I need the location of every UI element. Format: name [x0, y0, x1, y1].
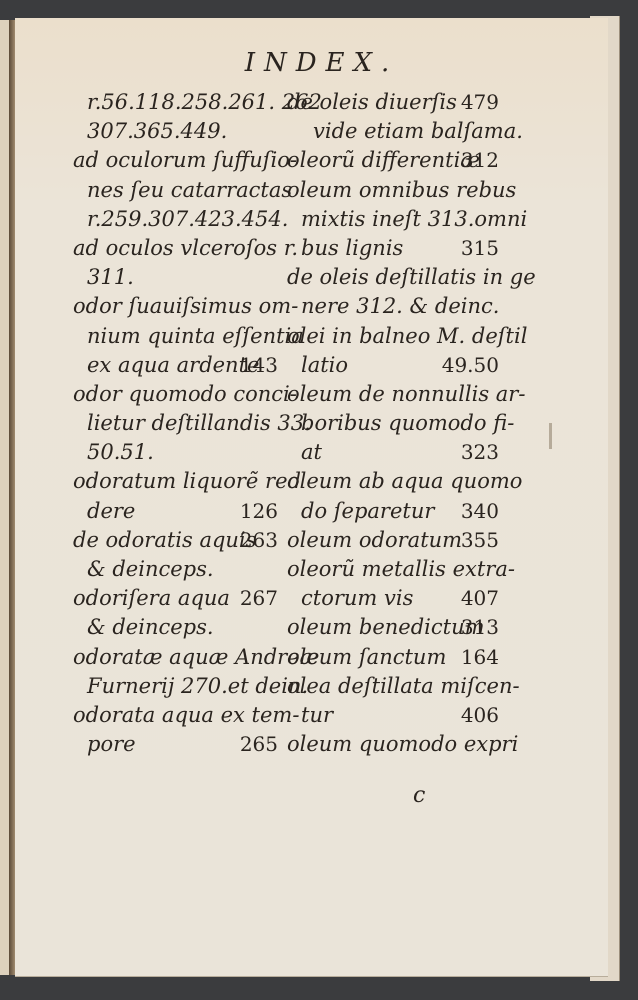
entry-text: 311.: [87, 263, 134, 292]
entry-text: ctorum vis: [301, 584, 413, 613]
index-entry: do ſeparetur340: [287, 497, 499, 526]
entry-text: oleum de nonnullis ar-: [287, 380, 525, 409]
index-entry: odor quomodo conci-: [73, 380, 278, 409]
entry-page-number: 164: [461, 643, 499, 672]
entry-text: oleum odoratum: [287, 526, 462, 555]
entry-text: 50.51.: [87, 438, 154, 467]
book-page: INDEX. r.56.118.258.261. 262307.365.449.…: [15, 18, 608, 977]
index-entry: oleorũ differentiæ312: [287, 146, 499, 175]
entry-page-number: 126: [240, 497, 278, 526]
entry-page-number: 267: [240, 584, 278, 613]
index-entry: ctorum vis407: [287, 584, 499, 613]
entry-text: lietur deſtillandis 33.: [87, 409, 311, 438]
entry-page-number: 263: [240, 526, 278, 555]
index-entry: bus lignis315: [287, 234, 499, 263]
entry-page-number: 407: [461, 584, 499, 613]
entry-text: ad oculorum ſuffuſio-: [73, 146, 297, 175]
index-entry: odoratæ aquæ Andreæ: [73, 643, 278, 672]
index-entry: r.259.307.423.454.: [73, 205, 278, 234]
index-entry: tur406: [287, 701, 499, 730]
entry-page-number: 315: [461, 234, 499, 263]
entry-page-number: 313: [461, 613, 499, 642]
index-entry: oleum omnibus rebus: [287, 176, 499, 205]
index-entry: ex aqua ardente143: [73, 351, 278, 380]
index-entry: oleorũ metallis extra-: [287, 555, 499, 584]
book-binding: [9, 20, 15, 975]
index-entry: nes ſeu catarractas: [73, 176, 278, 205]
index-entry: ad oculos vlceroſos r.: [73, 234, 278, 263]
index-entry: dere126: [73, 497, 278, 526]
entry-text: vide etiam balſama.: [313, 117, 523, 146]
entry-text: & deinceps.: [87, 613, 214, 642]
index-column-left: r.56.118.258.261. 262307.365.449.ad ocul…: [73, 88, 278, 759]
index-entry: oleum benedictum313: [287, 613, 499, 642]
index-entry: odor ſuauiſsimus om-: [73, 292, 278, 321]
entry-text: Furnerij 270.et dein.: [87, 672, 308, 701]
index-entry: mixtis ineſt 313.omni: [287, 205, 499, 234]
index-entry: oleum ab aqua quomo: [287, 467, 499, 496]
index-entry: odoratum liquorẽ red: [73, 467, 278, 496]
entry-text: 307.365.449.: [87, 117, 227, 146]
entry-text: de oleis deſtillatis in ge: [287, 263, 536, 292]
index-entry: 311.: [73, 263, 278, 292]
index-entry: r.56.118.258.261. 262: [73, 88, 278, 117]
entry-text: odorata aqua ex tem-: [73, 701, 299, 730]
entry-text: do ſeparetur: [301, 497, 434, 526]
entry-text: ad oculos vlceroſos r.: [73, 234, 298, 263]
entry-page-number: 143: [240, 351, 278, 380]
entry-page-number: 340: [461, 497, 499, 526]
entry-page-number: 479: [461, 88, 499, 117]
index-entry: odorata aqua ex tem-: [73, 701, 278, 730]
index-entry: oleum odoratum355: [287, 526, 499, 555]
entry-text: & deinceps.: [87, 555, 214, 584]
entry-text: latio: [301, 351, 348, 380]
entry-text: olea deſtillata miſcen-: [287, 672, 520, 701]
index-entry: & deinceps.: [73, 555, 278, 584]
index-entry: at323: [287, 438, 499, 467]
index-entry: boribus quomodo fi-: [287, 409, 499, 438]
page-title: INDEX.: [15, 48, 608, 78]
index-entry: vide etiam balſama.: [287, 117, 499, 146]
entry-page-number: 355: [461, 526, 499, 555]
index-entry: lietur deſtillandis 33.: [73, 409, 278, 438]
index-entry: nium quinta eſſentia: [73, 322, 278, 351]
index-entry: de oleis deſtillatis in ge: [287, 263, 499, 292]
signature-mark: c: [413, 783, 425, 808]
entry-text: odoratum liquorẽ red: [73, 467, 301, 496]
entry-text: oleum benedictum: [287, 613, 485, 642]
entry-page-number: 406: [461, 701, 499, 730]
entry-text: odoriſera aqua: [73, 584, 230, 613]
index-entry: nere 312. & deinc.: [287, 292, 499, 321]
entry-text: oleorũ differentiæ: [287, 146, 480, 175]
index-entry: oleum ſanctum164: [287, 643, 499, 672]
entry-text: odoratæ aquæ Andreæ: [73, 643, 319, 672]
entry-text: bus lignis: [301, 234, 403, 263]
entry-text: tur: [301, 701, 333, 730]
entry-text: oleum quomodo expri: [287, 730, 518, 759]
entry-text: olei in balneo M. deſtil: [287, 322, 527, 351]
index-entry: odoriſera aqua267: [73, 584, 278, 613]
entry-text: pore: [87, 730, 136, 759]
index-entry: oleum quomodo expri: [287, 730, 499, 759]
entry-text: odor ſuauiſsimus om-: [73, 292, 298, 321]
index-entry: de odoratis aquis263: [73, 526, 278, 555]
entry-text: oleum ab aqua quomo: [287, 467, 522, 496]
index-entry: oleum de nonnullis ar-: [287, 380, 499, 409]
entry-page-number: 323: [461, 438, 499, 467]
index-entry: de oleis diuerſis479: [287, 88, 499, 117]
entry-text: de oleis diuerſis: [287, 88, 457, 117]
entry-text: nes ſeu catarractas: [87, 176, 292, 205]
entry-text: nium quinta eſſentia: [87, 322, 304, 351]
previous-page-edge: [0, 20, 9, 975]
entry-text: at: [301, 438, 322, 467]
entry-text: r.259.307.423.454.: [87, 205, 288, 234]
entry-text: dere: [87, 497, 135, 526]
entry-text: boribus quomodo fi-: [301, 409, 514, 438]
entry-text: oleum omnibus rebus: [287, 176, 516, 205]
entry-text: de odoratis aquis: [73, 526, 256, 555]
index-entry: 50.51.: [73, 438, 278, 467]
entry-page-number: 312: [461, 146, 499, 175]
index-entry: & deinceps.: [73, 613, 278, 642]
entry-text: oleum ſanctum: [287, 643, 446, 672]
index-entry: 307.365.449.: [73, 117, 278, 146]
entry-text: mixtis ineſt 313.omni: [301, 205, 527, 234]
index-entry: olei in balneo M. deſtil: [287, 322, 499, 351]
entry-text: odor quomodo conci-: [73, 380, 297, 409]
index-entry: Furnerij 270.et dein.: [73, 672, 278, 701]
entry-page-number: 265: [240, 730, 278, 759]
index-entry: ad oculorum ſuffuſio-: [73, 146, 278, 175]
index-entry: pore265: [73, 730, 278, 759]
index-entry: latio49.50: [287, 351, 499, 380]
margin-mark: [549, 423, 552, 449]
entry-text: ex aqua ardente: [87, 351, 259, 380]
entry-text: nere 312. & deinc.: [301, 292, 499, 321]
index-entry: olea deſtillata miſcen-: [287, 672, 499, 701]
entry-text: oleorũ metallis extra-: [287, 555, 515, 584]
index-column-right: de oleis diuerſis479vide etiam balſama.o…: [287, 88, 499, 759]
entry-page-number: 49.50: [442, 351, 499, 380]
